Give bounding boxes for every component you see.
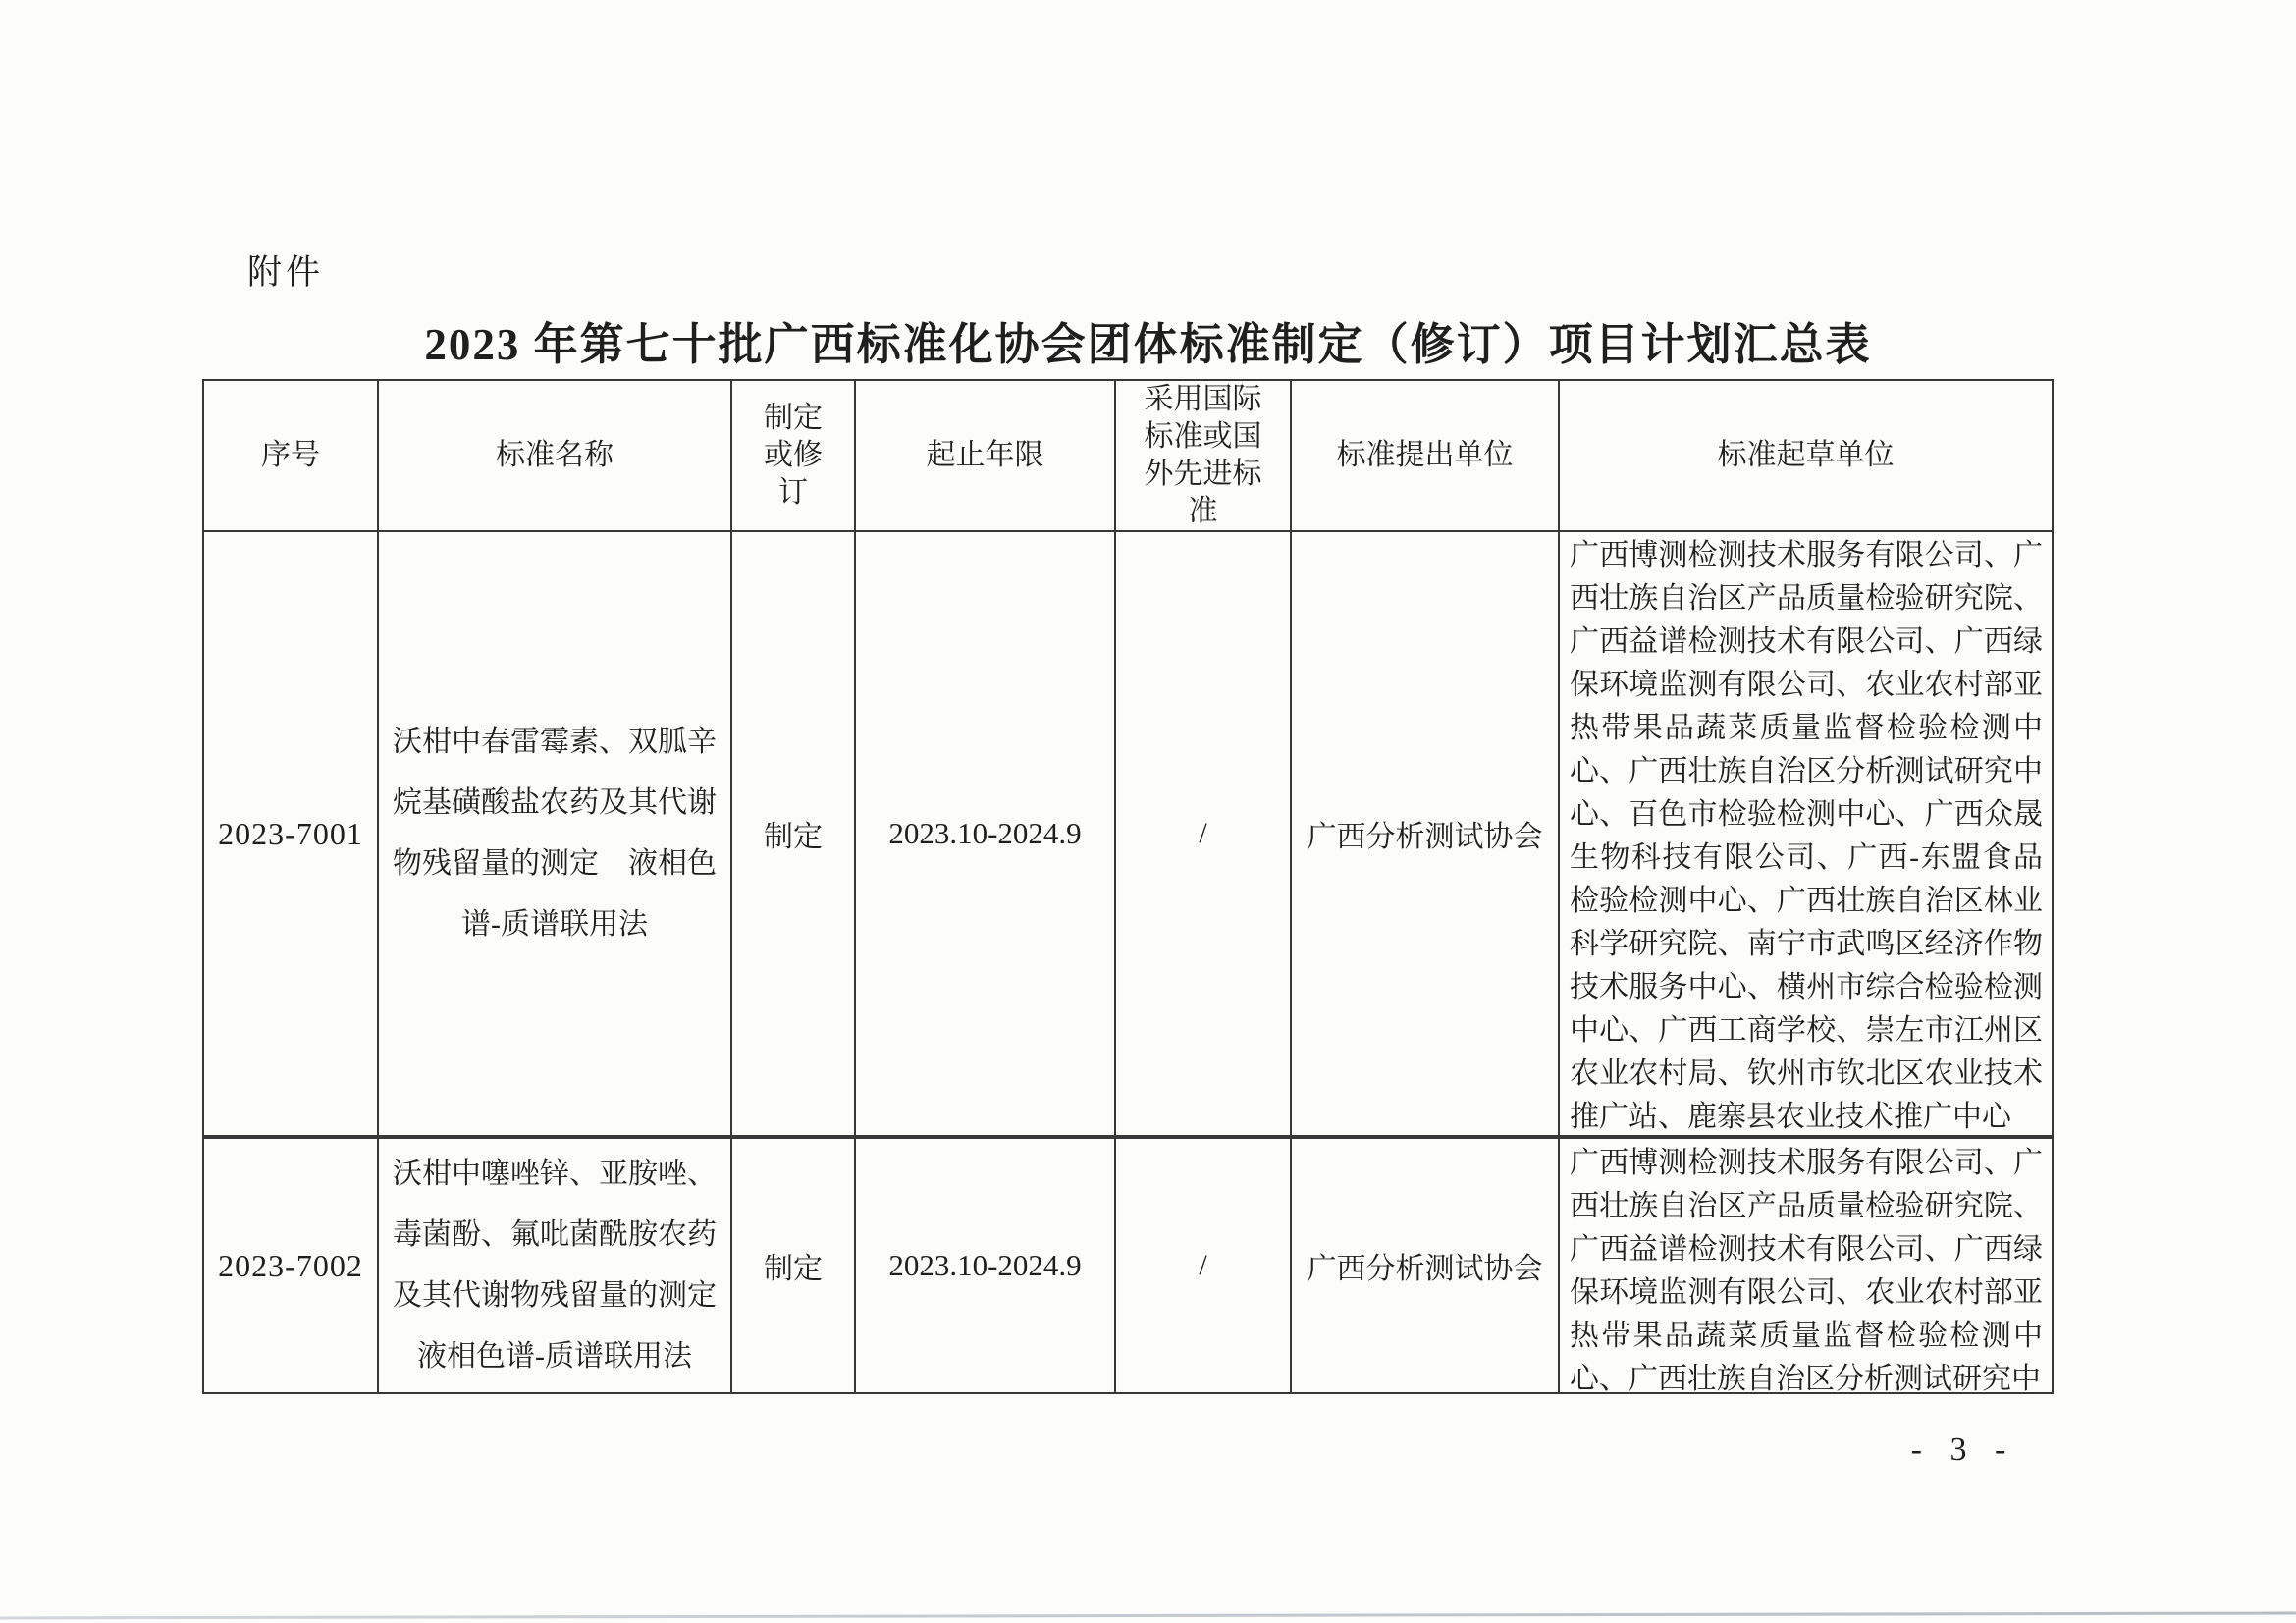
table-row: 2023-7001 沃柑中春雷霉素、双胍辛 烷基磺酸盐农药及其代谢 物残留量的测… — [203, 531, 2053, 1137]
cell-type: 制定 — [731, 1137, 855, 1393]
document-page: 附件 2023 年第七十批广西标准化协会团体标准制定（修订）项目计划汇总表 序号… — [0, 0, 2296, 1623]
cell-drafter: 广西博测检测技术服务有限公司、广西壮族自治区产品质量检验研究院、广西益谱检测技术… — [1559, 531, 2053, 1137]
cell-years: 2023.10-2024.9 — [855, 1137, 1115, 1393]
column-header-intl-standard: 采用国际 标准或国 外先进标 准 — [1115, 380, 1291, 531]
cell-seq: 2023-7002 — [203, 1137, 378, 1393]
cell-years: 2023.10-2024.9 — [855, 531, 1115, 1137]
cell-drafter: 广西博测检测技术服务有限公司、广西壮族自治区产品质量检验研究院、广西益谱检测技术… — [1559, 1137, 2053, 1393]
page-number: - 3 - — [1855, 1432, 2071, 1469]
standards-table-wrapper: 序号 标准名称 制定 或修 订 起止年限 采用国际 标准或国 外先进标 准 标准… — [202, 379, 2054, 1394]
cell-intl-standard: / — [1115, 531, 1291, 1137]
column-header-standard-name: 标准名称 — [378, 380, 731, 531]
standards-table: 序号 标准名称 制定 或修 订 起止年限 采用国际 标准或国 外先进标 准 标准… — [202, 379, 2054, 1394]
scan-edge-line — [0, 1612, 2296, 1620]
cell-standard-name: 沃柑中春雷霉素、双胍辛 烷基磺酸盐农药及其代谢 物残留量的测定 液相色 谱-质谱… — [378, 531, 731, 1137]
cell-seq: 2023-7001 — [203, 531, 378, 1137]
attachment-label: 附件 — [247, 245, 324, 295]
table-header-row: 序号 标准名称 制定 或修 订 起止年限 采用国际 标准或国 外先进标 准 标准… — [203, 380, 2053, 531]
column-header-years: 起止年限 — [855, 380, 1115, 531]
column-header-drafter: 标准起草单位 — [1559, 380, 2053, 531]
cell-intl-standard: / — [1115, 1137, 1291, 1393]
cell-standard-name: 沃柑中噻唑锌、亚胺唑、 毒菌酚、氟吡菌酰胺农药 及其代谢物残留量的测定 液相色谱… — [378, 1137, 731, 1393]
table-row: 2023-7002 沃柑中噻唑锌、亚胺唑、 毒菌酚、氟吡菌酰胺农药 及其代谢物残… — [203, 1137, 2053, 1393]
page-title: 2023 年第七十批广西标准化协会团体标准制定（修订）项目计划汇总表 — [0, 308, 2296, 372]
drafter-text: 广西博测检测技术服务有限公司、广西壮族自治区产品质量检验研究院、广西益谱检测技术… — [1560, 532, 2052, 1135]
column-header-proposer: 标准提出单位 — [1291, 380, 1559, 531]
cell-proposer: 广西分析测试协会 — [1291, 1137, 1559, 1393]
drafter-text: 广西博测检测技术服务有限公司、广西壮族自治区产品质量检验研究院、广西益谱检测技术… — [1560, 1140, 2052, 1392]
cell-proposer: 广西分析测试协会 — [1291, 531, 1559, 1137]
column-header-type: 制定 或修 订 — [731, 380, 855, 531]
cell-type: 制定 — [731, 531, 855, 1137]
column-header-seq: 序号 — [203, 380, 378, 531]
